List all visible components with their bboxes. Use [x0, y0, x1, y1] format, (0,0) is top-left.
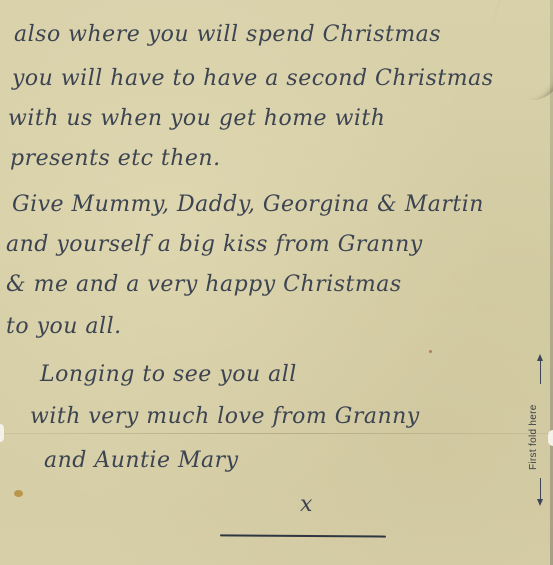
letter-line-7: & me and a very happy Christmas	[6, 272, 402, 297]
letter-line-4: presents etc then.	[10, 146, 221, 171]
handwritten-letter: also where you will spend Christmas you …	[0, 0, 553, 565]
letter-line-3: with us when you get home with	[8, 106, 385, 131]
kiss-mark: x	[300, 492, 313, 517]
letter-line-9: Longing to see you all	[40, 362, 297, 387]
arrow-down-icon	[540, 478, 541, 504]
letter-line-8: to you all.	[6, 314, 122, 339]
letter-line-2: you will have to have a second Christmas	[12, 66, 493, 91]
letter-line-1: also where you will spend Christmas	[14, 22, 441, 47]
letter-line-5: Give Mummy, Daddy, Georgina & Martin	[12, 192, 484, 217]
letter-line-11: and Auntie Mary	[44, 448, 239, 473]
letter-line-6: and yourself a big kiss from Granny	[6, 232, 423, 257]
letter-line-10: with very much love from Granny	[30, 404, 420, 429]
fold-instruction-label: First fold here	[528, 404, 539, 470]
arrow-up-icon	[540, 356, 541, 384]
